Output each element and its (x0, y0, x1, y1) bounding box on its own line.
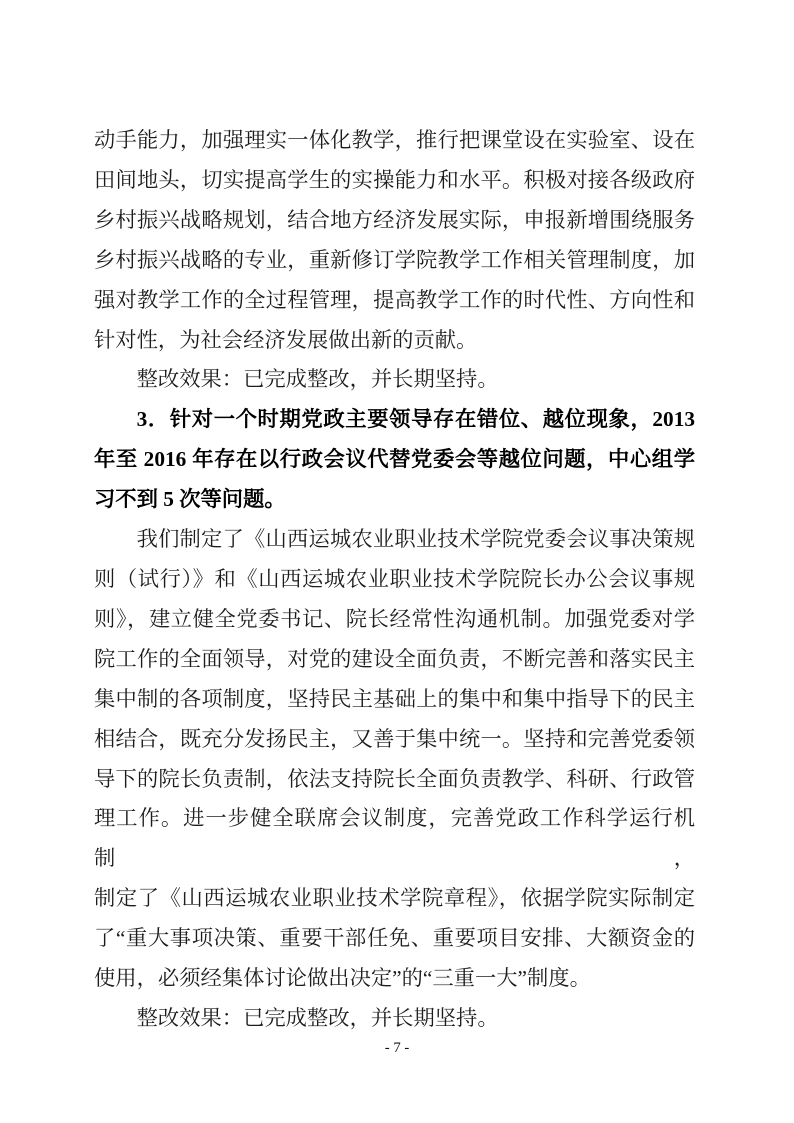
text-line: 则》，建立健全党委书记、院长经常性沟通机制。加强党委对学 (94, 600, 695, 640)
text-line: 理工作。进一步健全联席会议制度，完善党政工作科学运行机制， (94, 799, 695, 879)
body-paragraph: 我们制定了《山西运城农业职业技术学院党委会议事决策规则（试行）》和《山西运城农业… (94, 520, 695, 999)
text-line: 3．针对一个时期党政主要领导存在错位、越位现象，2013 (94, 400, 695, 440)
text-line: 年至 2016 年存在以行政会议代替党委会等越位问题，中心组学 (94, 440, 695, 480)
text-line: 则（试行）》和《山西运城农业职业技术学院院长办公会议事规 (94, 560, 695, 600)
text-line: 集中制的各项制度，坚持民主基础上的集中和集中指导下的民主 (94, 680, 695, 720)
text-line: 习不到 5 次等问题。 (94, 480, 695, 520)
text-line: 相结合，既充分发扬民主，又善于集中统一。坚持和完善党委领 (94, 720, 695, 760)
document-body: 动手能力，加强理实一体化教学，推行把课堂设在实验室、设在田间地头，切实提高学生的… (94, 121, 695, 1039)
text-line: 乡村振兴战略的专业，重新修订学院教学工作相关管理制度，加 (94, 241, 695, 281)
text-line: 使用，必须经集体讨论做出决定”的“三重一大”制度。 (94, 959, 695, 999)
body-paragraph: 整改效果：已完成整改，并长期坚持。 (94, 360, 695, 400)
text-line: 乡村振兴战略规划，结合地方经济发展实际，申报新增围绕服务 (94, 201, 695, 241)
document-page: 动手能力，加强理实一体化教学，推行把课堂设在实验室、设在田间地头，切实提高学生的… (0, 0, 794, 1123)
text-line: 动手能力，加强理实一体化教学，推行把课堂设在实验室、设在 (94, 121, 695, 161)
text-line: 强对教学工作的全过程管理，提高教学工作的时代性、方向性和 (94, 281, 695, 321)
body-paragraph: 整改效果：已完成整改，并长期坚持。 (94, 999, 695, 1039)
text-line: 田间地头，切实提高学生的实操能力和水平。积极对接各级政府 (94, 161, 695, 201)
text-line: 导下的院长负责制，依法支持院长全面负责教学、科研、行政管 (94, 760, 695, 800)
text-line: 针对性，为社会经济发展做出新的贡献。 (94, 321, 695, 361)
heading-paragraph: 3．针对一个时期党政主要领导存在错位、越位现象，2013年至 2016 年存在以… (94, 400, 695, 520)
body-paragraph: 动手能力，加强理实一体化教学，推行把课堂设在实验室、设在田间地头，切实提高学生的… (94, 121, 695, 360)
text-line: 制定了《山西运城农业职业技术学院章程》，依据学院实际制定 (94, 879, 695, 919)
text-line: 了“重大事项决策、重要干部任免、重要项目安排、大额资金的 (94, 919, 695, 959)
text-line: 院工作的全面领导，对党的建设全面负责，不断完善和落实民主 (94, 640, 695, 680)
text-line: 整改效果：已完成整改，并长期坚持。 (94, 360, 695, 400)
text-line: 我们制定了《山西运城农业职业技术学院党委会议事决策规 (94, 520, 695, 560)
text-line: 整改效果：已完成整改，并长期坚持。 (94, 999, 695, 1039)
page-number: - 7 - (0, 1038, 794, 1058)
